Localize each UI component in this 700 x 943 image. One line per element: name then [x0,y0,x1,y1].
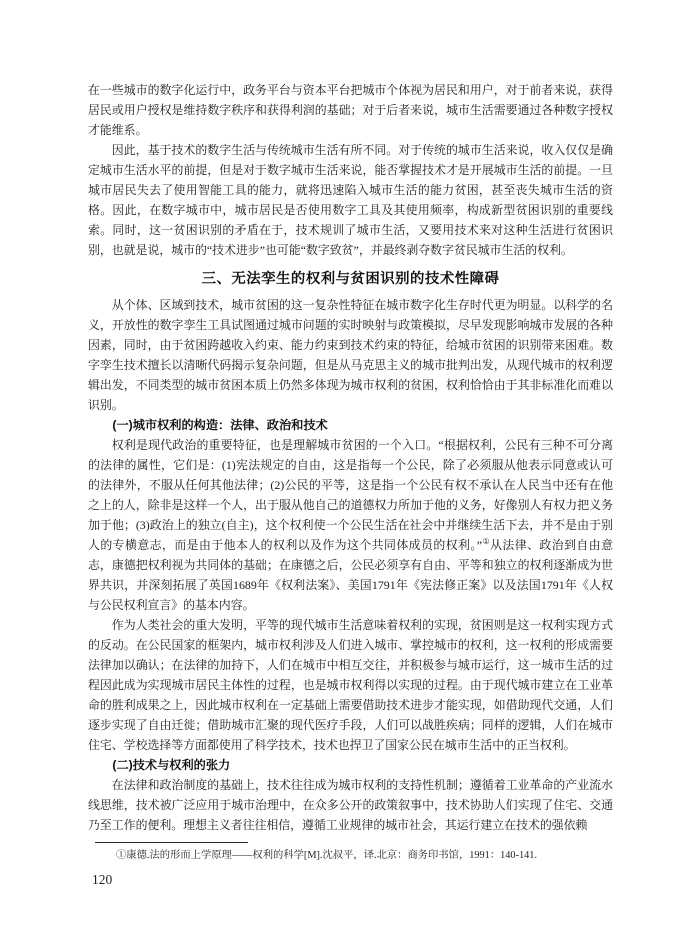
footnote-marker: ① [116,850,126,861]
paragraph-with-footnote: 权利是现代政治的重要特征，也是理解城市贫困的一个入口。“根据权利，公民有三种不可… [88,435,613,615]
paragraph: 从个体、区域到技术，城市贫困的这一复杂性特征在城市数字化生存时代更为明显。以科学… [88,295,613,415]
footnote-text: 康德.法的形而上学原理——权利的科学[M].沈叔平，译.北京：商务印书馆，199… [126,850,537,861]
paragraph-continuation: 在一些城市的数字化运行中，政务平台与资本平台把城市个体视为居民和用户，对于前者来… [88,80,613,140]
footnote: ①康德.法的形而上学原理——权利的科学[M].沈叔平，译.北京：商务印书馆，19… [88,848,613,863]
subsection-heading-1: (一)城市权利的构造：法律、政治和技术 [88,415,613,435]
paragraph: 因此，基于技术的数字生活与传统城市生活有所不同。对于传统的城市生活来说，收入仅仅… [88,140,613,260]
paragraph-text: 权利是现代政治的重要特征，也是理解城市贫困的一个入口。“根据权利，公民有三种不可… [88,438,613,552]
footnote-divider [95,842,248,843]
document-page: 在一些城市的数字化运行中，政务平台与资本平台把城市个体视为居民和用户，对于前者来… [0,0,700,943]
footnote-area: ①康德.法的形而上学原理——权利的科学[M].沈叔平，译.北京：商务印书馆，19… [88,842,613,863]
section-heading: 三、无法孪生的权利与贫困识别的技术性障碍 [88,269,613,289]
paragraph: 在法律和政治制度的基础上，技术往往成为城市权利的支持性机制；遵循着工业革命的产业… [88,775,613,835]
page-content: 在一些城市的数字化运行中，政务平台与资本平台把城市个体视为居民和用户，对于前者来… [88,80,613,888]
page-number: 120 [92,872,613,888]
subsection-heading-2: (二)技术与权利的张力 [88,755,613,775]
paragraph: 作为人类社会的重大发明，平等的现代城市生活意味着权利的实现，贫困则是这一权利实现… [88,615,613,755]
footnote-reference-mark: ① [482,537,490,546]
